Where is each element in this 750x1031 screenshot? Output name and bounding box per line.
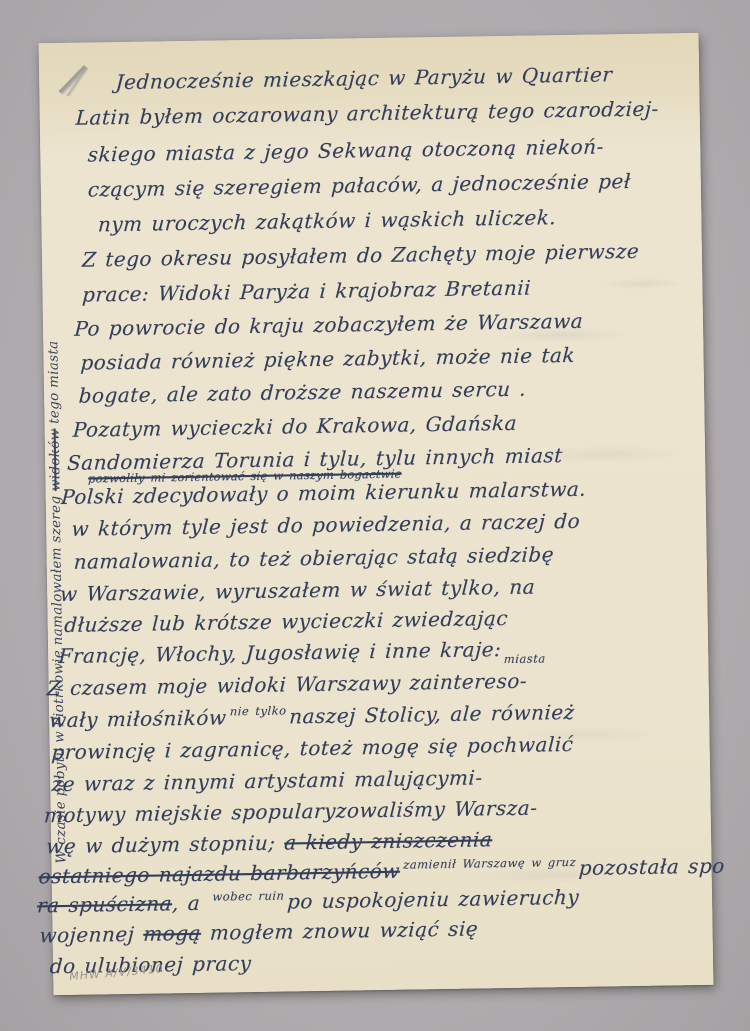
manuscript-line: prace: Widoki Paryża i krajobraz Bretani… (82, 276, 532, 307)
manuscript-line: bogate, ale zato droższe naszemu sercu . (78, 377, 527, 408)
handwritten-text-layer: Jednocześnie mieszkając w Paryżu w Quart… (20, 32, 732, 995)
manuscript-line: wały miłośnikównie tylkonaszej Stolicy, … (48, 700, 575, 732)
manuscript-line: skiego miasta z jego Sekwaną otoczoną ni… (87, 134, 604, 166)
text-run: Pozatym wycieczki do Krakowa, Gdańska (72, 411, 517, 442)
manuscript-line: prowincję i zagranicę, toteż mogę się po… (51, 732, 574, 764)
text-run: wały miłośników (48, 705, 227, 732)
manuscript-line: Latin byłem oczarowany architekturą tego… (75, 96, 659, 129)
manuscript-line: w Warszawie, wyruszałem w świat tylko, n… (59, 574, 536, 605)
manuscript-line: Z tego okresu posyłałem do Zachęty moje … (81, 239, 639, 272)
manuscript-line: w którym tyle jest do powiedzenia, a rac… (71, 509, 581, 541)
manuscript-line: namalowania, to też obierając stałą sied… (73, 542, 555, 574)
manuscript-page: Jednocześnie mieszkając w Paryżu w Quart… (39, 33, 714, 995)
text-run: a kiedy zniszczenia (284, 827, 493, 854)
manuscript-line: dłuższe lub krótsze wycieczki zwiedzając (64, 606, 509, 637)
text-run: mogłem znowu wziąć się (200, 916, 478, 944)
text-run: tego miasta (45, 340, 62, 428)
text-run: Po powrocie do kraju zobaczyłem że Warsz… (74, 309, 584, 341)
text-run: dłuższe lub krótsze wycieczki zwiedzając (64, 606, 509, 637)
text-run: prace: Widoki Paryża i krajobraz Bretani… (82, 276, 532, 307)
text-run: , a (171, 891, 209, 916)
text-run: w którym tyle jest do powiedzenia, a rac… (71, 509, 581, 541)
text-run: nie tylko (229, 703, 286, 718)
text-run: mogą (143, 921, 202, 946)
manuscript-line: ra spuścizna, a wobec ruinpo uspokojeniu… (36, 885, 579, 918)
text-run: Jednocześnie mieszkając w Paryżu w Quart… (115, 62, 613, 94)
manuscript-line: posiada również piękne zabytki, może nie… (80, 343, 576, 375)
text-run: pozostała spo (578, 854, 725, 880)
manuscript-line: że wraz z innymi artystami malującymi- (51, 765, 483, 796)
text-run: posiada również piękne zabytki, może nie… (80, 343, 576, 375)
text-run: Z tego okresu posyłałem do Zachęty moje … (81, 239, 639, 272)
manuscript-line: Pozatym wycieczki do Krakowa, Gdańska (72, 411, 517, 442)
text-run: miasta (503, 651, 546, 666)
text-run: po uspokojeniu zawieruchy (286, 885, 579, 914)
photo-background: Jednocześnie mieszkając w Paryżu w Quart… (0, 0, 750, 1031)
text-run: zamienił Warszawę w gruz (403, 855, 577, 872)
text-run: widoków (47, 428, 64, 491)
text-run: bogate, ale zato droższe naszemu sercu . (78, 377, 527, 408)
manuscript-line: Po powrocie do kraju zobaczyłem że Warsz… (74, 309, 584, 341)
text-run: prowincję i zagranicę, toteż mogę się po… (51, 732, 574, 764)
manuscript-line: Francję, Włochy, Jugosławię i inne kraje… (58, 636, 550, 668)
manuscript-line: wę w dużym stopniu; a kiedy zniszczenia (46, 827, 493, 858)
text-run: wę w dużym stopniu; (46, 830, 285, 858)
text-run: skiego miasta z jego Sekwaną otoczoną ni… (87, 134, 604, 166)
text-run: Z czasem moje widoki Warszawy zaintereso… (46, 669, 528, 701)
text-run: naszej Stolicy, ale również (289, 700, 576, 729)
manuscript-line: Jednocześnie mieszkając w Paryżu w Quart… (115, 62, 613, 94)
text-run: Latin byłem oczarowany architekturą tego… (75, 96, 659, 129)
manuscript-line: czącym się szeregiem pałaców, a jednocze… (87, 169, 631, 202)
manuscript-line: nym uroczych zakątków i wąskich uliczek. (97, 205, 557, 236)
manuscript-line: Z czasem moje widoki Warszawy zaintereso… (46, 669, 528, 701)
manuscript-line: ostatniego najazdu barbarzyńcówzamienił … (38, 854, 725, 889)
manuscript-line: motywy miejskie spopularyzowaliśmy Warsz… (43, 795, 538, 827)
text-run: czącym się szeregiem pałaców, a jednocze… (87, 169, 631, 202)
text-run: namalowania, to też obierając stałą sied… (73, 542, 555, 574)
manuscript-line: wojennej mogą mogłem znowu wziąć się (39, 916, 479, 947)
text-run: wobec ruin (212, 888, 285, 903)
text-run: że wraz z innymi artystami malującymi- (51, 765, 483, 796)
text-run: Francję, Włochy, Jugosławię i inne kraje… (58, 637, 502, 668)
text-run: ostatniego najazdu barbarzyńców (38, 859, 401, 889)
text-run: nym uroczych zakątków i wąskich uliczek. (97, 205, 557, 236)
text-run: w Warszawie, wyruszałem w świat tylko, n… (59, 574, 536, 605)
text-run: motywy miejskie spopularyzowaliśmy Warsz… (43, 795, 538, 827)
